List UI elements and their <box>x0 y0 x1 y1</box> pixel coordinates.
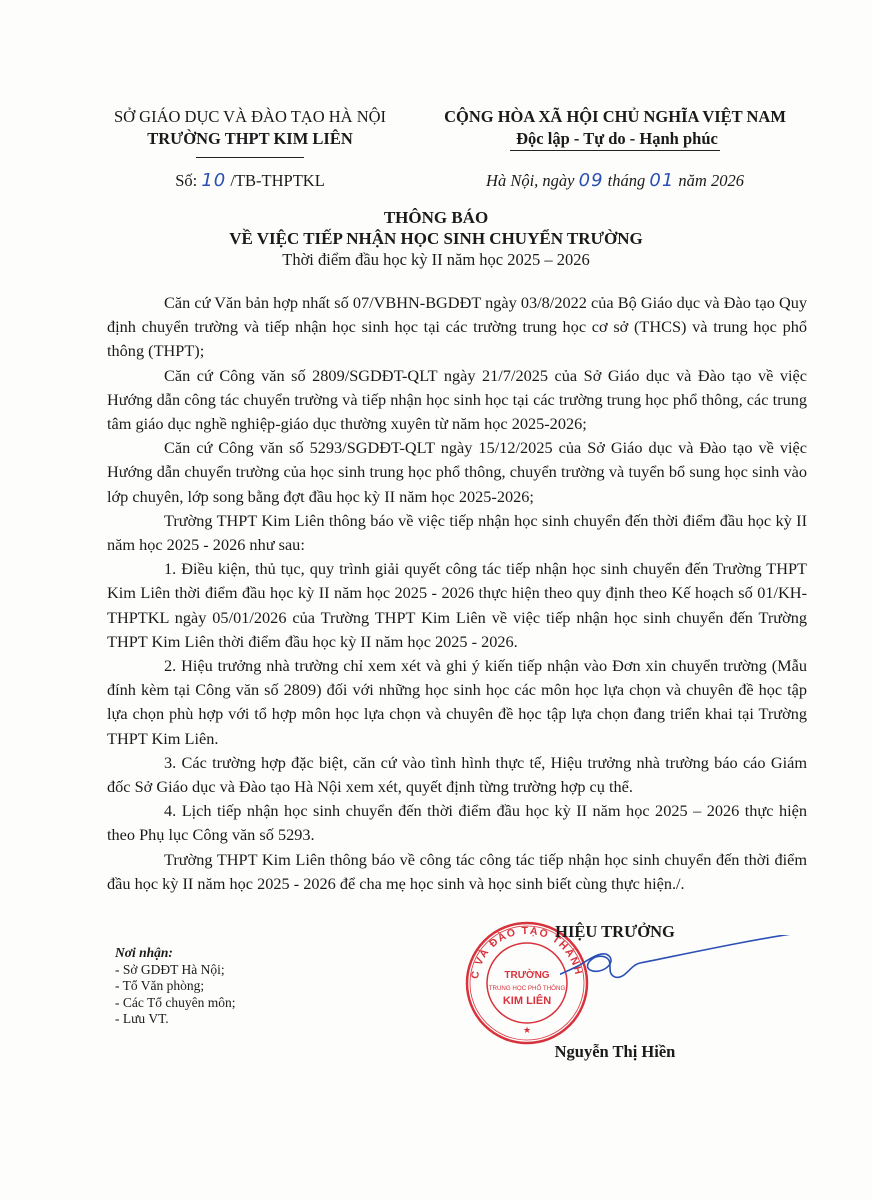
document-page: SỞ GIÁO DỤC VÀ ĐÀO TẠO HÀ NỘI TRƯỜNG THP… <box>0 0 872 1200</box>
authority-name: SỞ GIÁO DỤC VÀ ĐÀO TẠO HÀ NỘI <box>100 106 400 128</box>
recipients-title: Nơi nhận: <box>115 945 235 962</box>
recipient-item: - Tổ Văn phòng; <box>115 978 235 995</box>
paragraph: 3. Các trường hợp đặc biệt, căn cứ vào t… <box>107 751 807 799</box>
document-title: THÔNG BÁO VỀ VIỆC TIẾP NHẬN HỌC SINH CHU… <box>0 207 872 270</box>
paragraph: 1. Điều kiện, thủ tục, quy trình giải qu… <box>107 557 807 654</box>
recipient-item: - Các Tổ chuyên môn; <box>115 995 235 1012</box>
paragraph: Căn cứ Công văn số 5293/SGDĐT-QLT ngày 1… <box>107 436 807 509</box>
paragraph: Căn cứ Công văn số 2809/SGDĐT-QLT ngày 2… <box>107 364 807 437</box>
title-period: Thời điểm đầu học kỳ II năm học 2025 – 2… <box>0 249 872 270</box>
svg-text:TRƯỜNG: TRƯỜNG <box>504 968 549 981</box>
signer-name: Nguyễn Thị Hiền <box>490 1042 740 1062</box>
document-number: Số: 10 /TB-THPTKL <box>100 170 400 191</box>
handwritten-signature-icon <box>560 935 800 995</box>
recipients-block: Nơi nhận: - Sở GDĐT Hà Nội; - Tổ Văn phò… <box>115 945 235 1028</box>
paragraph: Trường THPT Kim Liên thông báo về việc t… <box>107 509 807 557</box>
national-header: CỘNG HÒA XÃ HỘI CHỦ NGHĨA VIỆT NAM Độc l… <box>425 106 805 151</box>
svg-text:TRUNG HỌC PHỔ THÔNG: TRUNG HỌC PHỔ THÔNG <box>489 985 566 992</box>
document-body: Căn cứ Văn bản hợp nhất số 07/VBHN-BGDĐT… <box>107 291 807 896</box>
issuer-header: SỞ GIÁO DỤC VÀ ĐÀO TẠO HÀ NỘI TRƯỜNG THP… <box>100 106 400 158</box>
school-name: TRƯỜNG THPT KIM LIÊN <box>100 128 400 150</box>
recipient-item: - Lưu VT. <box>115 1011 235 1028</box>
title-main: THÔNG BÁO <box>0 207 872 228</box>
svg-text:★: ★ <box>523 1026 531 1036</box>
handwritten-month: 01 <box>649 170 674 191</box>
paragraph: Trường THPT Kim Liên thông báo về công t… <box>107 848 807 896</box>
paragraph: 2. Hiệu trưởng nhà trường chỉ xem xét và… <box>107 654 807 751</box>
nation-name: CỘNG HÒA XÃ HỘI CHỦ NGHĨA VIỆT NAM <box>425 106 805 128</box>
recipient-item: - Sở GDĐT Hà Nội; <box>115 962 235 979</box>
svg-text:KIM LIÊN: KIM LIÊN <box>503 994 551 1007</box>
national-motto: Độc lập - Tự do - Hạnh phúc <box>510 128 720 151</box>
handwritten-number: 10 <box>201 170 226 191</box>
issue-date: Hà Nội, ngày 09 tháng 01 năm 2026 <box>425 170 805 191</box>
handwritten-day: 09 <box>579 170 604 191</box>
header-divider <box>196 157 304 158</box>
title-subject: VỀ VIỆC TIẾP NHẬN HỌC SINH CHUYỂN TRƯỜNG <box>0 228 872 249</box>
paragraph: Căn cứ Văn bản hợp nhất số 07/VBHN-BGDĐT… <box>107 291 807 364</box>
paragraph: 4. Lịch tiếp nhận học sinh chuyển đến th… <box>107 799 807 847</box>
